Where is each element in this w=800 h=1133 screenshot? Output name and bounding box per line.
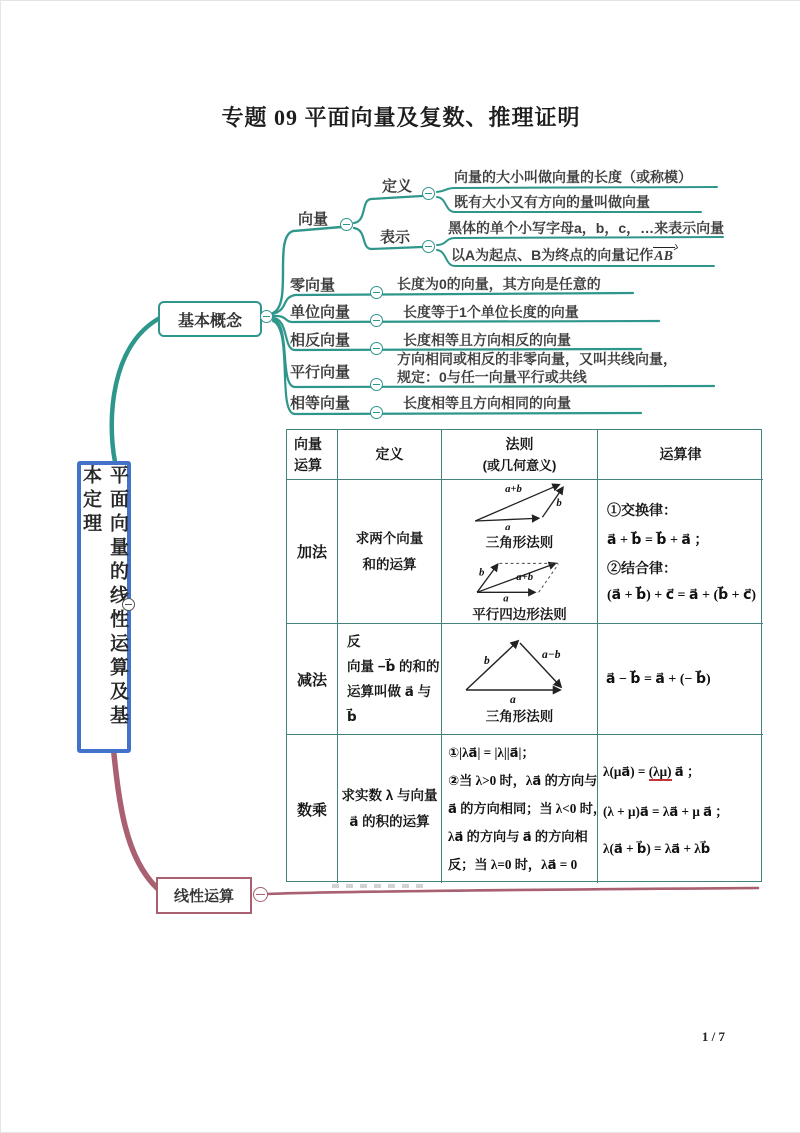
page-number: 1 / 7	[702, 1029, 725, 1045]
node-vector: 向量	[298, 211, 328, 228]
header-definition: 定义	[338, 430, 442, 480]
leaf-definition-1: 向量的大小叫做向量的长度（或称模）	[454, 169, 692, 186]
collapse-minus-icon	[422, 240, 435, 253]
svg-text:a: a	[510, 694, 516, 704]
cell-add-rule: a+b b a 三角形法则 b a+b a 平行四边形法则	[442, 480, 598, 624]
node-parallel-vector: 平行向量	[290, 364, 350, 381]
node-zero-vector: 零向量	[290, 277, 335, 294]
leaf-notation-2-text: 以A为起点、B为终点的向量记作	[451, 247, 653, 263]
header-rule: 法则 (或几何意义)	[442, 430, 598, 480]
leaf-unit-vector: 长度等于1个单位长度的向量	[403, 304, 579, 321]
cell-sub-name: 减法	[287, 624, 338, 735]
cell-mul-definition: 求实数 λ 与向量 a⃗ 的积的运算	[338, 735, 442, 883]
vector-operations-table: 向量 运算 定义 法则 (或几何意义) 运算律 加法 求两个向量 和的运算 a+…	[286, 429, 762, 882]
leaf-notation-2: 以A为起点、B为终点的向量记作AB	[451, 247, 676, 265]
cell-sub-laws: a⃗ − b⃗ = a⃗ + (− b⃗)	[598, 624, 763, 735]
cell-add-name: 加法	[287, 480, 338, 624]
cell-sub-definition: 求 a⃗ 与 b⃗ 的相反 向量 −b⃗ 的和的 运算叫做 a⃗ 与 b⃗ 的差	[338, 624, 442, 735]
svg-text:a−b: a−b	[542, 649, 561, 661]
parallelogram-rule-diagram: b a+b a	[458, 555, 582, 602]
svg-text:a: a	[505, 521, 511, 530]
node-unit-vector: 单位向量	[290, 304, 350, 321]
leaf-opposite-vector: 长度相等且方向相反的向量	[403, 332, 571, 349]
node-equal-vector: 相等向量	[290, 395, 350, 412]
cell-mul-name: 数乘	[287, 735, 338, 883]
collapse-minus-icon	[370, 314, 383, 327]
header-laws: 运算律	[598, 430, 763, 480]
svg-text:b: b	[478, 567, 484, 579]
collapse-minus-icon	[422, 187, 435, 200]
collapse-minus-icon	[260, 310, 273, 323]
caption-triangle-rule: 三角形法则	[486, 531, 554, 551]
node-basic-concepts: 基本概念	[158, 301, 262, 337]
leaf-parallel-vector-1: 方向相同或相反的非零向量，又叫共线向量，	[397, 351, 677, 368]
cell-add-laws: ①交换律： a⃗ + b⃗ = b⃗ + a⃗ ； ②结合律： (a⃗ + b⃗…	[598, 480, 763, 624]
leaf-parallel-vector-2: 规定：0与任一向量平行或共线	[397, 369, 587, 386]
collapse-minus-icon	[370, 406, 383, 419]
cell-sub-rule: b a−b a 三角形法则	[442, 624, 598, 735]
document-page: 专题 09 平面向量及复数、推理证明 平面向量的线性运算及基本定理 基本概念 向…	[0, 0, 800, 1133]
svg-text:a+b: a+b	[516, 572, 533, 584]
collapse-minus-icon	[340, 218, 353, 231]
collapse-minus-icon	[122, 598, 135, 611]
svg-text:b: b	[484, 655, 490, 667]
triangle-rule-diagram: a+b b a	[460, 480, 580, 530]
node-linear-operations: 线性运算	[156, 877, 252, 914]
vector-AB-symbol: AB	[653, 248, 676, 264]
red-underlined-term: (λμ)	[649, 764, 672, 781]
page-title: 专题 09 平面向量及复数、推理证明	[1, 101, 800, 132]
leaf-definition-2: 既有大小又有方向的量叫做向量	[454, 194, 650, 211]
header-operation: 向量 运算	[287, 430, 338, 480]
svg-text:a: a	[503, 593, 509, 602]
leaf-equal-vector: 长度相等且方向相同的向量	[403, 395, 571, 412]
faint-text-fragment	[332, 884, 428, 888]
cell-add-definition: 求两个向量 和的运算	[338, 480, 442, 624]
caption-sub-triangle-rule: 三角形法则	[486, 705, 554, 725]
node-notation: 表示	[380, 229, 410, 246]
caption-parallelogram-rule: 平行四边形法则	[472, 603, 567, 623]
svg-text:b: b	[556, 497, 562, 509]
node-opposite-vector: 相反向量	[290, 332, 350, 349]
cell-mul-rule: ①|λa⃗| = |λ||a⃗|； ②当 λ>0 时，λa⃗ 的方向与 a⃗ 的…	[442, 735, 598, 883]
cell-mul-laws: λ(μa⃗) = (λμ) a⃗ ； (λ + μ)a⃗ = λa⃗ + μ a…	[598, 735, 763, 883]
node-definition: 定义	[382, 178, 412, 195]
collapse-minus-icon	[370, 342, 383, 355]
leaf-zero-vector: 长度为0的向量，其方向是任意的	[397, 276, 601, 293]
svg-text:a+b: a+b	[505, 483, 522, 495]
collapse-minus-icon	[370, 286, 383, 299]
collapse-minus-icon	[253, 887, 268, 902]
subtraction-triangle-diagram: b a−b a	[458, 634, 582, 704]
collapse-minus-icon	[370, 378, 383, 391]
leaf-notation-1: 黑体的单个小写字母a，b，c，…来表示向量	[448, 220, 724, 237]
